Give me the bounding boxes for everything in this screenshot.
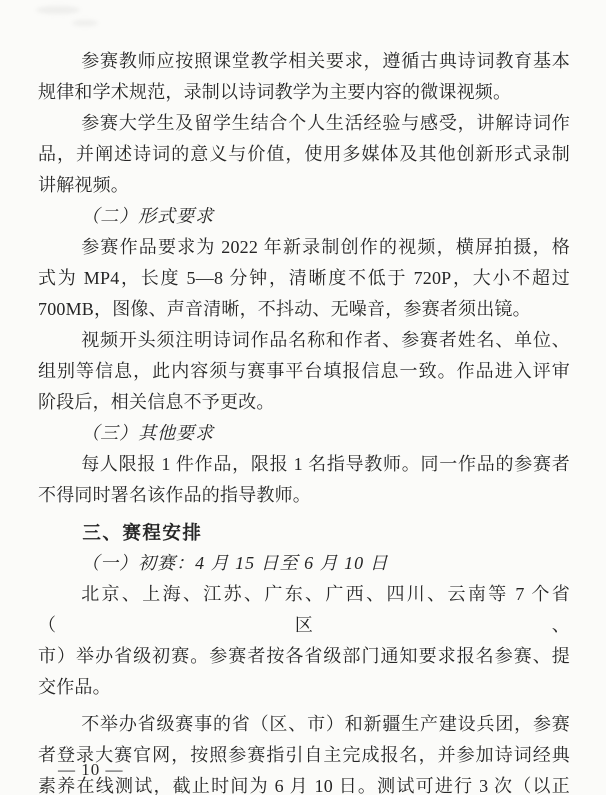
scan-smudge [36,6,80,14]
text-line: 规律和学术规范，录制以诗词教学为主要内容的微课视频。 [38,77,570,108]
text-line: 品，并阐述诗词的意义与价值，使用多媒体及其他创新形式录制 [38,139,570,170]
text-line: 参赛教师应按照课堂教学相关要求，遵循古典诗词教育基本 [38,46,570,77]
heading-format-requirements: （二）形式要求 [38,201,570,232]
text-line: 市）举办省级初赛。参赛者按各省级部门通知要求报名参赛、提 [38,641,570,672]
text-line: 讲解视频。 [38,170,570,201]
text-line: 不得同时署名该作品的指导教师。 [38,480,570,511]
text-line: 阶段后，相关信息不予更改。 [38,387,570,418]
heading-other-requirements: （三）其他要求 [38,418,570,449]
document-body: 参赛教师应按照课堂教学相关要求，遵循古典诗词教育基本 规律和学术规范，录制以诗词… [38,46,570,795]
scan-smudge [72,20,98,26]
text-line: 交作品。 [38,672,570,703]
document-page: 参赛教师应按照课堂教学相关要求，遵循古典诗词教育基本 规律和学术规范，录制以诗词… [0,0,606,795]
heading-preliminary-round: （一）初赛：4 月 15 日至 6 月 10 日 [38,548,570,579]
text-line: 组别等信息，此内容须与赛事平台填报信息一致。作品进入评审 [38,356,570,387]
text-line: 700MB，图像、声音清晰，不抖动、无噪音，参赛者须出镜。 [38,294,570,325]
text-line: 参赛大学生及留学生结合个人生活经验与感受，讲解诗词作 [38,108,570,139]
page-number: — 10 — [58,760,124,780]
text-line: 视频开头须注明诗词作品名称和作者、参赛者姓名、单位、 [38,325,570,356]
heading-schedule: 三、赛程安排 [38,517,570,548]
text-line: 式为 MP4，长度 5—8 分钟，清晰度不低于 720P，大小不超过 [38,263,570,294]
text-line: 每人限报 1 件作品，限报 1 名指导教师。同一作品的参赛者 [38,449,570,480]
text-line: 参赛作品要求为 2022 年新录制创作的视频，横屏拍摄，格 [38,232,570,263]
text-line: 不举办省级赛事的省（区、市）和新疆生产建设兵团，参赛 [38,709,570,740]
text-line: 北京、上海、江苏、广东、广西、四川、云南等 7 个省（区、 [38,579,570,641]
